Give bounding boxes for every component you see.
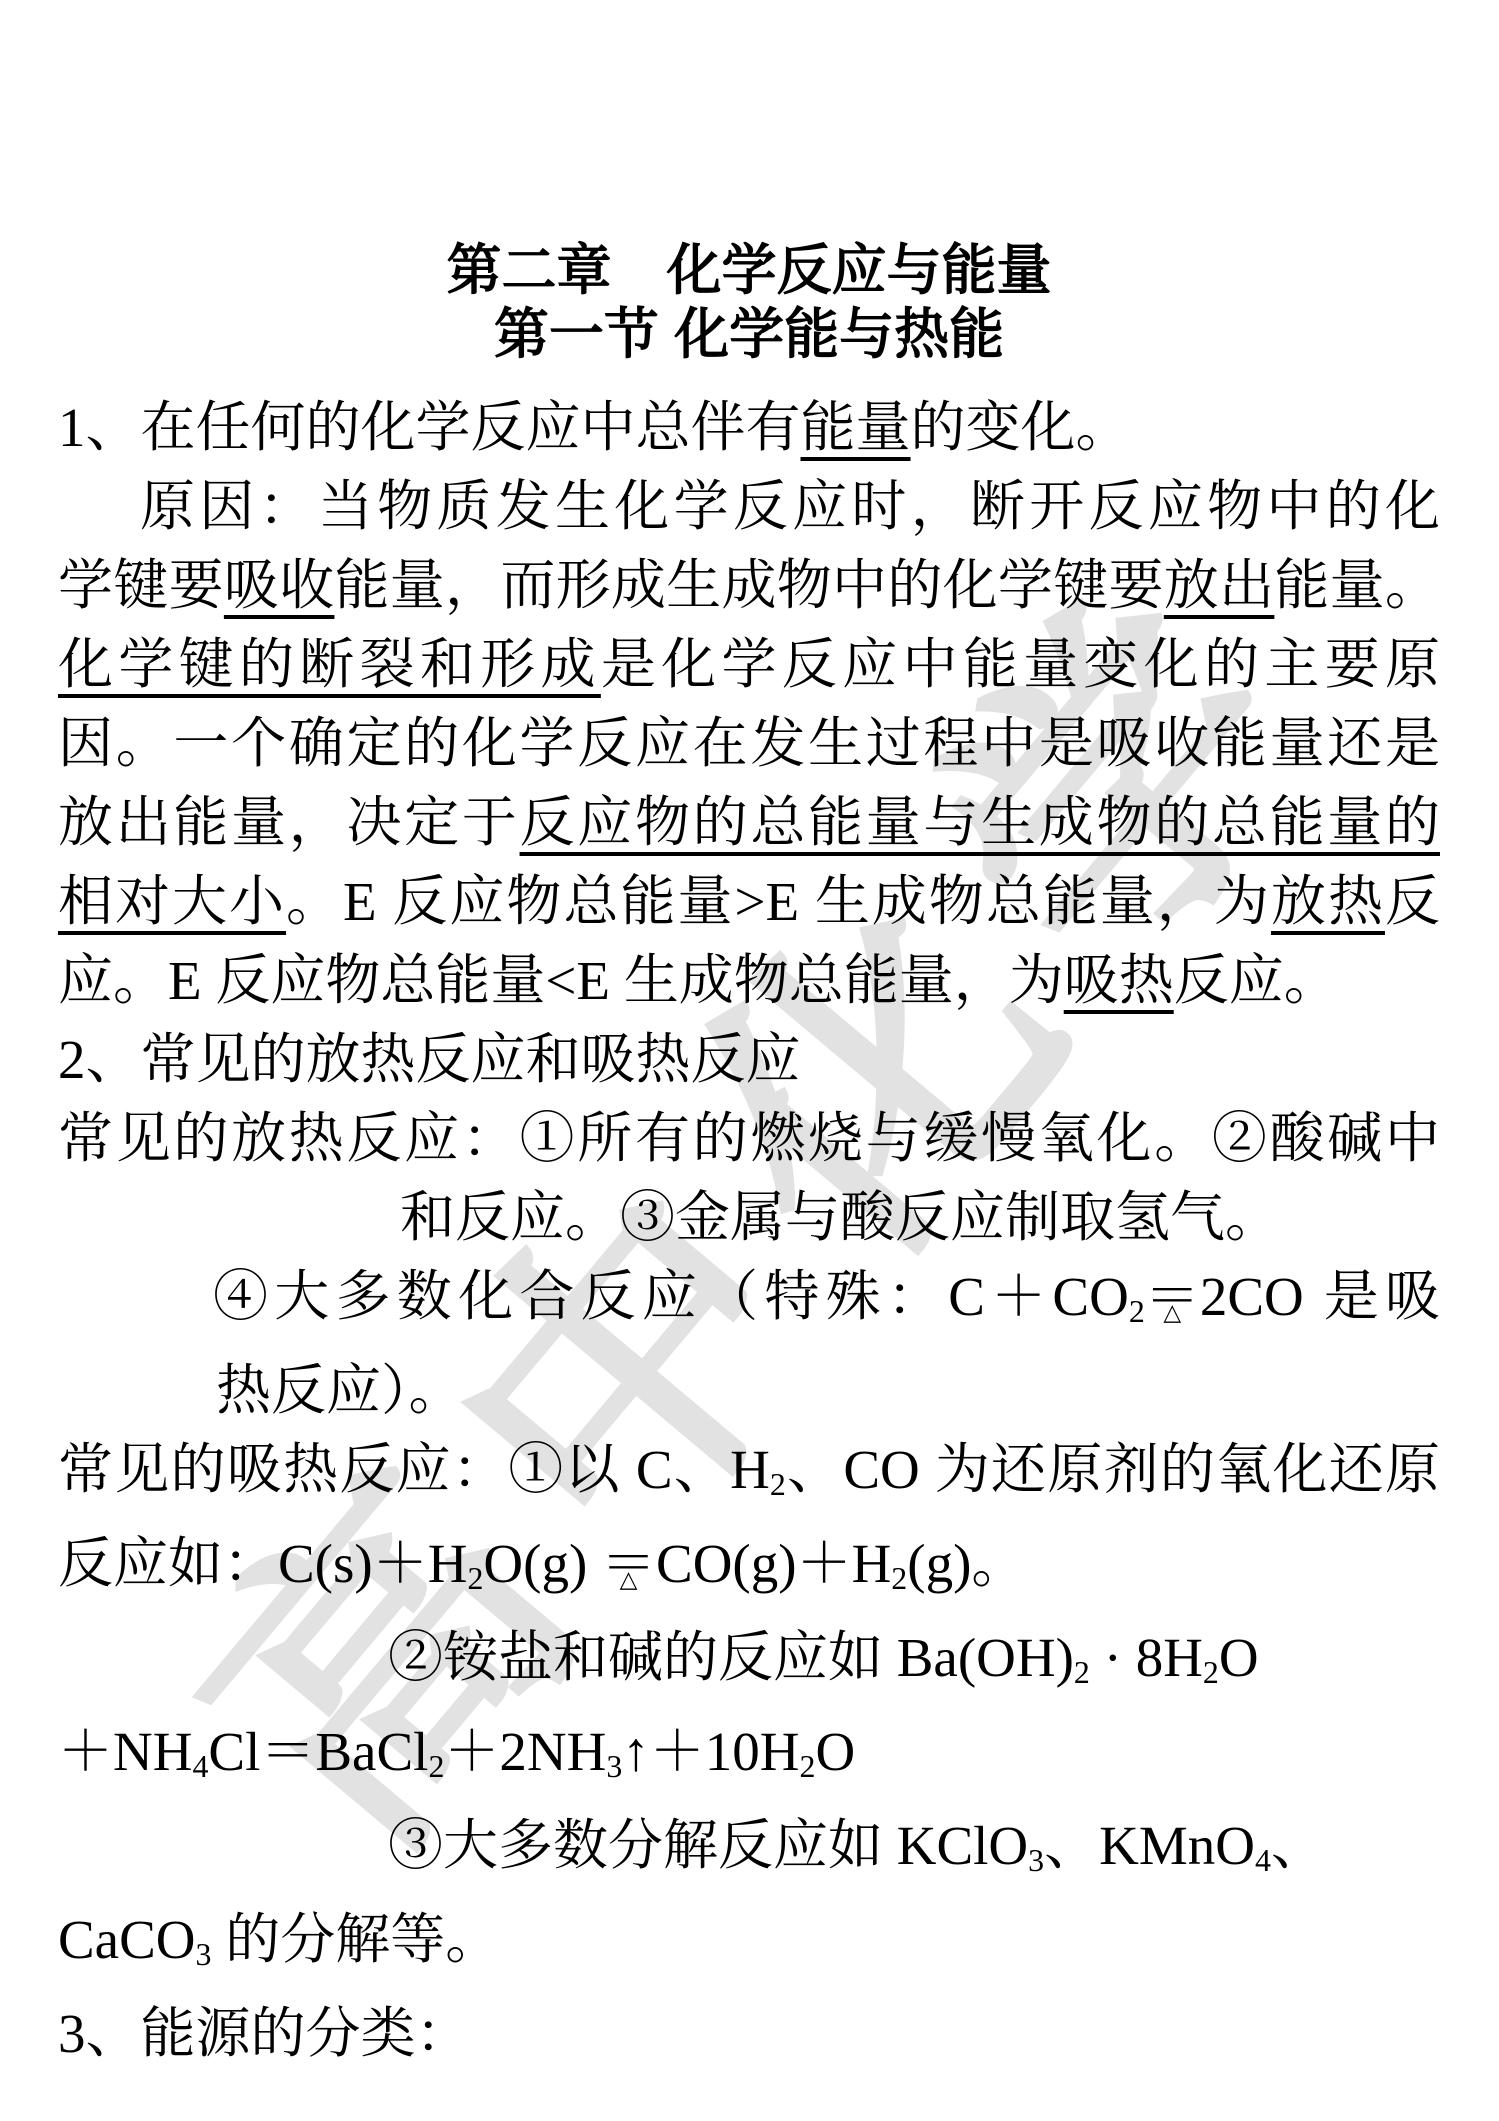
- text-line: 原因：当物质发生化学反应时，断开反应物中的化: [58, 467, 1440, 546]
- text-run: 的分解等。: [211, 1909, 500, 1970]
- text-line: ＋NH4Cl＝BaCl2＋2NH3↑＋10H2O: [58, 1712, 1440, 1806]
- text-run: ③大多数分解反应如 KClO: [388, 1815, 1028, 1876]
- text-run: O: [815, 1721, 855, 1782]
- text-run: 的变化。: [911, 397, 1131, 458]
- text-run: ＋2NH: [444, 1721, 606, 1782]
- text-run: 2CO 是吸: [1200, 1266, 1440, 1327]
- text-line: 化学键的断裂和形成是化学反应中能量变化的主要原: [58, 625, 1440, 704]
- text-line: 因。一个确定的化学反应在发生过程中是吸收能量还是: [58, 704, 1440, 783]
- underlined-text: 化学键的断裂和形成: [58, 634, 601, 695]
- underlined-text: 吸收: [224, 555, 335, 616]
- text-line: 放出能量，决定于反应物的总能量与生成物的总能量的: [58, 783, 1440, 862]
- text-run: 应。E 反应物总能量<E 生成物总能量，为: [58, 950, 1064, 1011]
- text-run: 3、能源的分类：: [58, 2003, 471, 2064]
- text-line: 3、能源的分类：: [58, 1994, 1440, 2073]
- document-page: 高中化学 第二章 化学反应与能量 第一节 化学能与热能 1、在任何的化学反应中总…: [0, 0, 1499, 2121]
- text-line: 相对大小。E 反应物总能量>E 生成物总能量，为放热反: [58, 862, 1440, 941]
- text-line: ③大多数分解反应如 KClO3、KMnO4、: [58, 1806, 1440, 1900]
- text-run: 和反应。③金属与酸反应制取氢气。: [400, 1187, 1280, 1248]
- text-run: 1、在任何的化学反应中总伴有: [58, 397, 801, 458]
- text-line: 2、常见的放热反应和吸热反应: [58, 1020, 1440, 1099]
- subscript: 3: [606, 1749, 622, 1784]
- text-run: ↑＋10H: [622, 1721, 799, 1782]
- text-run: · 8H: [1090, 1627, 1203, 1688]
- text-line: 和反应。③金属与酸反应制取氢气。: [58, 1178, 1440, 1257]
- text-run: 、CO 为还原剂的氧化还原: [786, 1439, 1440, 1500]
- underlined-text: 反应物的总能量与生成物的总能量的: [520, 792, 1440, 853]
- subscript: 2: [1074, 1655, 1090, 1690]
- text-line: ④大多数化合反应（特殊：C＋CO2△＝2CO 是吸: [58, 1257, 1440, 1351]
- heat-equals-symbol: △＝: [601, 1524, 656, 1603]
- text-run: 能量。: [1274, 555, 1440, 616]
- subscript: 2: [1203, 1655, 1219, 1690]
- text-run: 反: [1385, 871, 1440, 932]
- text-line: ②铵盐和碱的反应如 Ba(OH)2 · 8H2O: [58, 1618, 1440, 1712]
- subscript: 4: [1255, 1843, 1271, 1878]
- document-content: 第二章 化学反应与能量 第一节 化学能与热能 1、在任何的化学反应中总伴有能量的…: [58, 238, 1440, 2073]
- text-run: ＋NH: [58, 1721, 192, 1782]
- subscript: 2: [770, 1467, 786, 1502]
- subscript: 2: [800, 1749, 816, 1784]
- underlined-text: 能量: [801, 397, 911, 458]
- text-run: 放出能量，决定于: [58, 792, 520, 853]
- subscript: 3: [196, 1937, 212, 1972]
- text-run: ④大多数化合反应（特殊：C＋CO: [213, 1266, 1129, 1327]
- text-line: 学键要吸收能量，而形成生成物中的化学键要放出能量。: [58, 546, 1440, 625]
- text-run: 反应。: [1174, 950, 1339, 1011]
- body-lines: 1、在任何的化学反应中总伴有能量的变化。原因：当物质发生化学反应时，断开反应物中…: [58, 388, 1440, 2073]
- text-run: CO(g)＋H: [656, 1533, 891, 1594]
- text-run: 。E 反应物总能量>E 生成物总能量，为: [286, 871, 1271, 932]
- text-run: 2、常见的放热反应和吸热反应: [58, 1029, 801, 1090]
- subscript: 4: [192, 1749, 208, 1784]
- subscript: 3: [1028, 1843, 1044, 1878]
- text-run: O(g): [483, 1533, 601, 1594]
- subscript: 2: [1129, 1294, 1145, 1329]
- text-run: 常见的吸热反应：①以 C、H: [58, 1439, 770, 1500]
- underlined-text: 放热: [1271, 871, 1385, 932]
- text-run: CaCO: [58, 1909, 196, 1970]
- text-run: Cl＝BaCl: [208, 1721, 428, 1782]
- text-run: 、: [1271, 1815, 1326, 1876]
- text-run: 反应如：C(s)＋H: [58, 1533, 467, 1594]
- heating-triangle-icon: △: [620, 1568, 638, 1591]
- text-run: 学键要: [58, 555, 224, 616]
- text-run: (g)。: [907, 1533, 1026, 1594]
- underlined-text: 相对大小: [58, 871, 286, 932]
- text-line: 常见的放热反应：①所有的燃烧与缓慢氧化。②酸碱中: [58, 1099, 1440, 1178]
- subscript: 2: [891, 1561, 907, 1596]
- subscript: 2: [467, 1561, 483, 1596]
- chapter-title: 第二章 化学反应与能量: [58, 238, 1440, 302]
- text-line: 应。E 反应物总能量<E 生成物总能量，为吸热反应。: [58, 941, 1440, 1020]
- text-run: 热反应）。: [216, 1360, 464, 1421]
- text-line: CaCO3 的分解等。: [58, 1900, 1440, 1994]
- text-line: 常见的吸热反应：①以 C、H2、CO 为还原剂的氧化还原: [58, 1430, 1440, 1524]
- section-title: 第一节 化学能与热能: [58, 302, 1440, 366]
- text-run: 因。一个确定的化学反应在发生过程中是吸收能量还是: [58, 713, 1440, 774]
- text-run: 常见的放热反应：①所有的燃烧与缓慢氧化。②酸碱中: [58, 1108, 1440, 1169]
- subscript: 2: [428, 1749, 444, 1784]
- text-run: 、KMnO: [1044, 1815, 1255, 1876]
- text-line: 反应如：C(s)＋H2O(g) △＝CO(g)＋H2(g)。: [58, 1524, 1440, 1618]
- underlined-text: 吸热: [1064, 950, 1174, 1011]
- underlined-text: 放出: [1164, 555, 1275, 616]
- text-line: 1、在任何的化学反应中总伴有能量的变化。: [58, 388, 1440, 467]
- text-run: 是化学反应中能量变化的主要原: [601, 634, 1440, 695]
- heat-equals-symbol: △＝: [1145, 1257, 1200, 1336]
- heating-triangle-icon: △: [1163, 1301, 1181, 1324]
- text-run: 原因：当物质发生化学反应时，断开反应物中的化: [140, 476, 1440, 537]
- text-line: 热反应）。: [58, 1351, 1440, 1430]
- text-run: ②铵盐和碱的反应如 Ba(OH): [388, 1627, 1074, 1688]
- text-run: 能量，而形成生成物中的化学键要: [334, 555, 1163, 616]
- text-run: O: [1219, 1627, 1259, 1688]
